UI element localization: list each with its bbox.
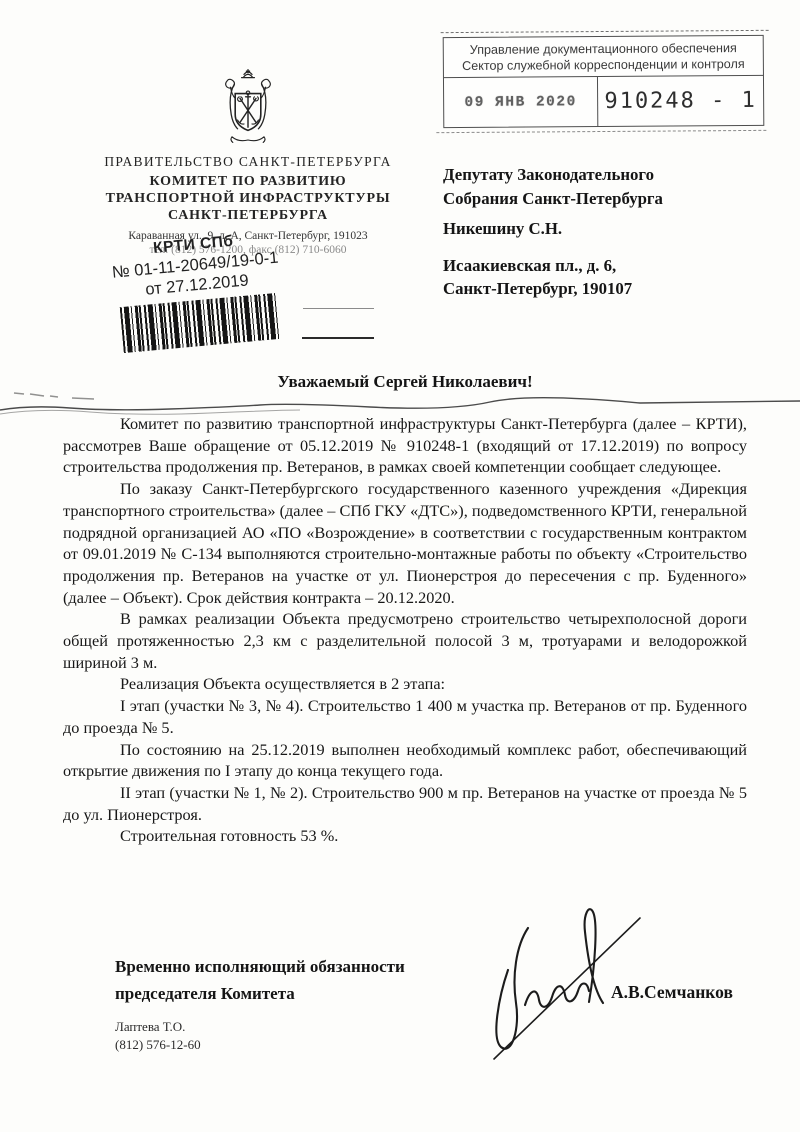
registration-date-stamp: 09 ЯНВ 2020 — [444, 77, 598, 127]
signer-position-line1: Временно исполняющий обязанности — [115, 953, 475, 980]
signer-position: Временно исполняющий обязанности председ… — [115, 953, 475, 1007]
outgoing-number-stamp: КРТИ СПб № 01-11-20649/19-0-1 от 27.12.2… — [86, 227, 309, 356]
reference-blank-line — [302, 337, 374, 339]
body-paragraph: I этап (участки № 3, № 4). Строительство… — [63, 695, 747, 738]
committee-name: КОМИТЕТ ПО РАЗВИТИЮ ТРАНСПОРТНОЙ ИНФРАСТ… — [88, 173, 408, 224]
registration-dept-line2: Сектор служебной корреспонденции и контр… — [446, 56, 761, 74]
body-paragraph: В рамках реализации Объекта предусмотрен… — [63, 608, 747, 673]
recipient-name: Никешину С.Н. — [443, 217, 753, 241]
signer-name: А.В.Семчанков — [611, 982, 733, 1003]
body-paragraph: Комитет по развитию транспортной инфраст… — [63, 413, 747, 478]
scanned-letter-page: Управление документационного обеспечения… — [0, 0, 800, 1132]
recipient-address-line2: Санкт-Петербург, 190107 — [443, 277, 753, 301]
salutation: Уважаемый Сергей Николаевич! — [63, 372, 747, 392]
registration-stamp-header: Управление документационного обеспечения… — [444, 36, 763, 78]
committee-line1: КОМИТЕТ ПО РАЗВИТИЮ — [88, 173, 408, 190]
executor-name: Лаптева Т.О. — [115, 1018, 201, 1036]
letterhead: ПРАВИТЕЛЬСТВО САНКТ-ПЕТЕРБУРГА КОМИТЕТ П… — [88, 68, 408, 256]
committee-line3: САНКТ-ПЕТЕРБУРГА — [88, 207, 408, 224]
executor-phone: (812) 576-12-60 — [115, 1036, 201, 1054]
signer-position-line2: председателя Комитета — [115, 980, 475, 1007]
body-paragraph: По заказу Санкт-Петербургского государст… — [63, 478, 747, 608]
committee-line2: ТРАНСПОРТНОЙ ИНФРАСТРУКТУРЫ — [88, 190, 408, 207]
recipient-address-line1: Исаакиевская пл., д. 6, — [443, 254, 753, 278]
body-paragraph: Строительная готовность 53 %. — [63, 825, 747, 847]
barcode — [120, 293, 282, 353]
executor-block: Лаптева Т.О. (812) 576-12-60 — [115, 1018, 201, 1053]
body-paragraph: По состоянию на 25.12.2019 выполнен необ… — [63, 739, 747, 782]
registration-number: 910248 - 1 — [598, 76, 763, 126]
body-paragraph: Реализация Объекта осуществляется в 2 эт… — [63, 673, 747, 695]
recipient-title-line2: Собрания Санкт-Петербурга — [443, 187, 753, 211]
recipient-block: Депутату Законодательного Собрания Санкт… — [443, 163, 753, 301]
letter-body: Комитет по развитию транспортной инфраст… — [63, 413, 747, 847]
recipient-title-line1: Депутату Законодательного — [443, 163, 753, 187]
body-paragraph: II этап (участки № 1, № 2). Строительств… — [63, 782, 747, 825]
government-title: ПРАВИТЕЛЬСТВО САНКТ-ПЕТЕРБУРГА — [88, 154, 408, 170]
reference-blank-line — [303, 308, 374, 309]
saint-petersburg-coat-of-arms-icon — [208, 68, 288, 148]
registration-stamp-box: Управление документационного обеспечения… — [443, 35, 765, 128]
